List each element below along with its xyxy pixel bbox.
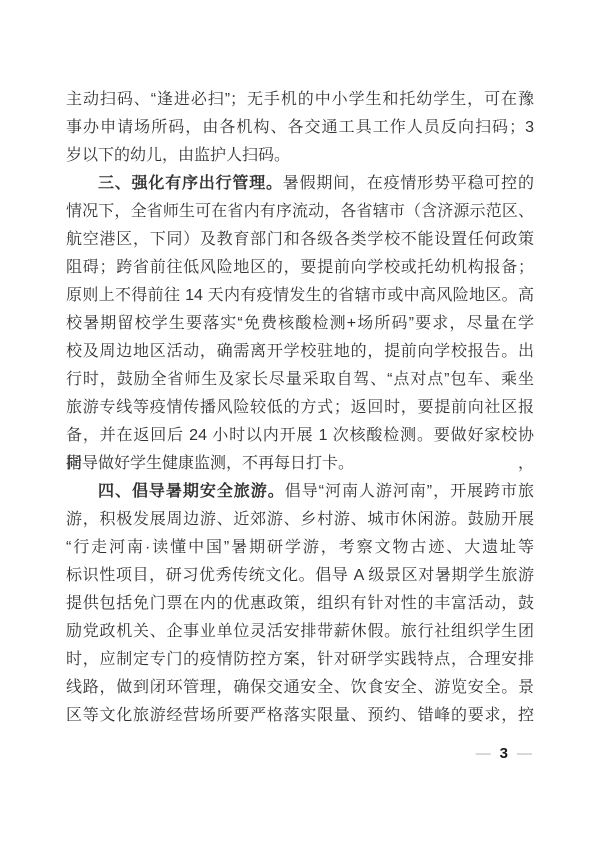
text-run: “行走河南·读懂中国”暑期研学游，考察文物古迹、大遗址等 xyxy=(66,539,534,556)
text-line: 校暑期留校学生要落实“免费核酸检测+场所码”要求，尽量在学 xyxy=(66,310,534,338)
text-line: 备，并在返回后 24 小时以内开展 1 次核酸检测。要做好家校协同， xyxy=(66,422,534,450)
text-line: 事办申请场所码，由各机构、各交通工具工作人员反向扫码；3 xyxy=(66,114,534,142)
text-line: 游，积极发展周边游、近郊游、乡村游、城市休闲游。鼓励开展 xyxy=(66,506,534,534)
document-body: 主动扫码、“逢进必扫”；无手机的中小学生和托幼学生，可在豫事办申请场所码，由各机… xyxy=(66,86,534,730)
text-run: 主动扫码、“逢进必扫”；无手机的中小学生和托幼学生，可在豫 xyxy=(66,91,534,108)
section-heading-run: 三、强化有序出行管理。 xyxy=(98,175,283,192)
text-line: 岁以下的幼儿，由监护人扫码。 xyxy=(66,142,534,170)
section-heading-run: 四、倡导暑期安全旅游。 xyxy=(98,483,285,500)
text-run: 暑假期间，在疫情形势平稳可控的 xyxy=(283,175,534,192)
text-run: 校暑期留校学生要落实“免费核酸检测+场所码”要求，尽量在学 xyxy=(66,315,534,332)
page-number: — 3 — xyxy=(476,744,532,764)
text-line: 时，应制定专门的疫情防控方案，针对研学实践特点，合理安排 xyxy=(66,646,534,674)
text-run: 游，积极发展周边游、近郊游、乡村游、城市休闲游。鼓励开展 xyxy=(66,511,534,528)
text-run: 时，应制定专门的疫情防控方案，针对研学实践特点，合理安排 xyxy=(66,651,534,668)
page-number-value: 3 xyxy=(500,744,508,764)
text-line: 区等文化旅游经营场所要严格落实限量、预约、错峰的要求，控 xyxy=(66,702,534,730)
text-run: 校及周边地区活动，确需离开学校驻地的，提前向学校报告。出 xyxy=(66,343,534,360)
text-line: 航空港区，下同）及教育部门和各级各类学校不能设置任何政策 xyxy=(66,226,534,254)
text-line: 阻碍；跨省前往低风险地区的，要提前向学校或托幼机构报备； xyxy=(66,254,534,282)
text-line: 校及周边地区活动，确需离开学校驻地的，提前向学校报告。出 xyxy=(66,338,534,366)
text-run: 标识性项目，研习优秀传统文化。倡导 A 级景区对暑期学生旅游 xyxy=(66,567,534,584)
page-number-dash-right: — xyxy=(517,744,532,764)
text-run: 情况下，全省师生可在省内有序流动，各省辖市（含济源示范区、 xyxy=(66,203,534,220)
text-line: “行走河南·读懂中国”暑期研学游，考察文物古迹、大遗址等 xyxy=(66,534,534,562)
text-line: 提供包括免门票在内的优惠政策，组织有针对性的丰富活动，鼓 xyxy=(66,590,534,618)
text-run: 倡导“河南人游河南”，开展跨市旅 xyxy=(285,483,534,500)
document-page: 主动扫码、“逢进必扫”；无手机的中小学生和托幼学生，可在豫事办申请场所码，由各机… xyxy=(0,0,600,848)
text-run: 原则上不得前往 14 天内有疫情发生的省辖市或中高风险地区。高 xyxy=(66,287,534,304)
text-run: 提供包括免门票在内的优惠政策，组织有针对性的丰富活动，鼓 xyxy=(66,595,534,612)
text-run: 线路，做到闭环管理，确保交通安全、饮食安全、游览安全。景 xyxy=(66,679,534,696)
text-line: 励党政机关、企事业单位灵活安排带薪休假。旅行社组织学生团 xyxy=(66,618,534,646)
text-line: 原则上不得前往 14 天内有疫情发生的省辖市或中高风险地区。高 xyxy=(66,282,534,310)
text-line: 旅游专线等疫情传播风险较低的方式；返回时，要提前向社区报 xyxy=(66,394,534,422)
text-line: 线路，做到闭环管理，确保交通安全、饮食安全、游览安全。景 xyxy=(66,674,534,702)
text-run: 阻碍；跨省前往低风险地区的，要提前向学校或托幼机构报备； xyxy=(66,259,534,276)
text-line: 情况下，全省师生可在省内有序流动，各省辖市（含济源示范区、 xyxy=(66,198,534,226)
page-number-dash-left: — xyxy=(476,744,491,764)
text-run: 行时，鼓励全省师生及家长尽量采取自驾、“点对点”包车、乘坐 xyxy=(66,371,534,388)
text-run: 区等文化旅游经营场所要严格落实限量、预约、错峰的要求，控 xyxy=(66,707,534,724)
text-run: 励党政机关、企事业单位灵活安排带薪休假。旅行社组织学生团 xyxy=(66,623,534,640)
text-run: 岁以下的幼儿，由监护人扫码。 xyxy=(66,147,290,164)
text-line: 行时，鼓励全省师生及家长尽量采取自驾、“点对点”包车、乘坐 xyxy=(66,366,534,394)
text-line: 四、倡导暑期安全旅游。倡导“河南人游河南”，开展跨市旅 xyxy=(66,478,534,506)
text-run: 旅游专线等疫情传播风险较低的方式；返回时，要提前向社区报 xyxy=(66,399,534,416)
text-line: 三、强化有序出行管理。暑假期间，在疫情形势平稳可控的 xyxy=(66,170,534,198)
text-run: 指导做好学生健康监测，不再每日打卡。 xyxy=(66,455,354,472)
text-run: 事办申请场所码，由各机构、各交通工具工作人员反向扫码；3 xyxy=(66,119,534,136)
text-line: 标识性项目，研习优秀传统文化。倡导 A 级景区对暑期学生旅游 xyxy=(66,562,534,590)
text-run: 航空港区，下同）及教育部门和各级各类学校不能设置任何政策 xyxy=(66,231,534,248)
text-line: 主动扫码、“逢进必扫”；无手机的中小学生和托幼学生，可在豫 xyxy=(66,86,534,114)
